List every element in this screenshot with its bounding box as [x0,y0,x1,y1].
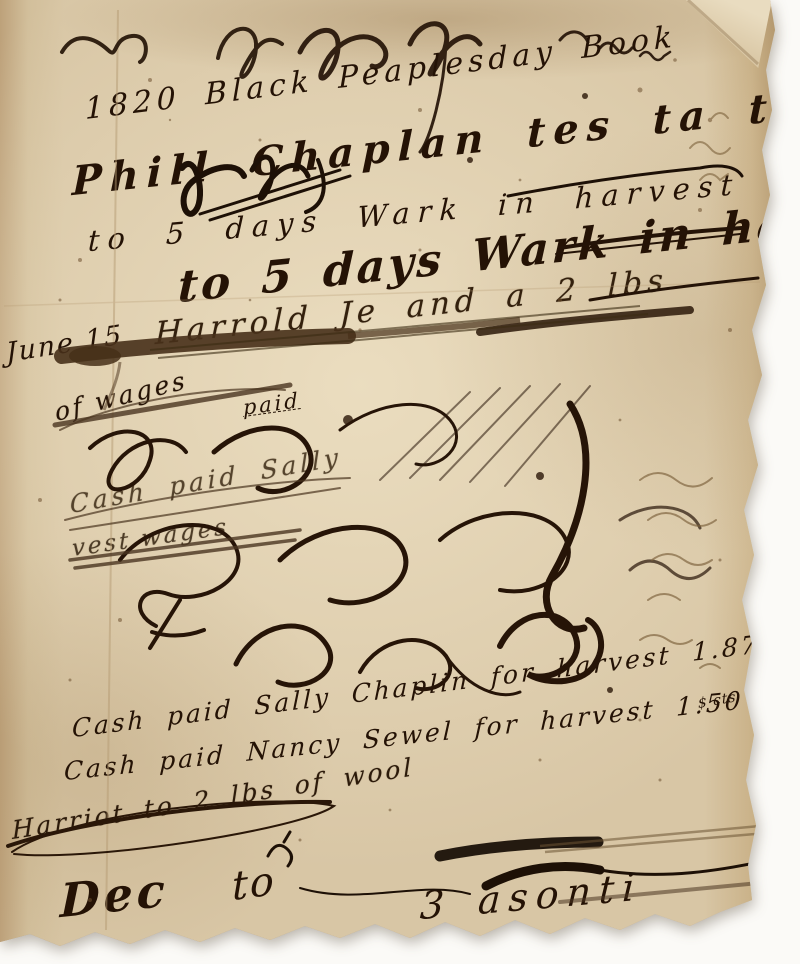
paper-sheet: 1820 Black Peaplesday Book Phill Chaplan… [0,0,800,964]
handwriting-line-dec: Dec [60,862,170,928]
handwriting-line-margin-date: June 15 [5,319,124,369]
handwriting-line-three-entry: 3 asonti [419,864,644,928]
handwriting-line-vest-wages: vest wages [72,514,229,562]
handwriting-line-paid-note: paid [243,388,301,420]
handwriting-line-of-wages: of wages [53,365,189,427]
black-smear-strike [440,826,760,856]
paper-shadow-wrap: 1820 Black Peaplesday Book Phill Chaplan… [0,0,800,964]
handwriting-line-to: to [232,858,277,910]
handwriting-line-cash-sally-faint: Cash paid Sally [69,442,342,519]
manuscript-scan: { "document": { "kind": "handwritten acc… [0,0,800,964]
dog-ear-fold [686,0,772,68]
